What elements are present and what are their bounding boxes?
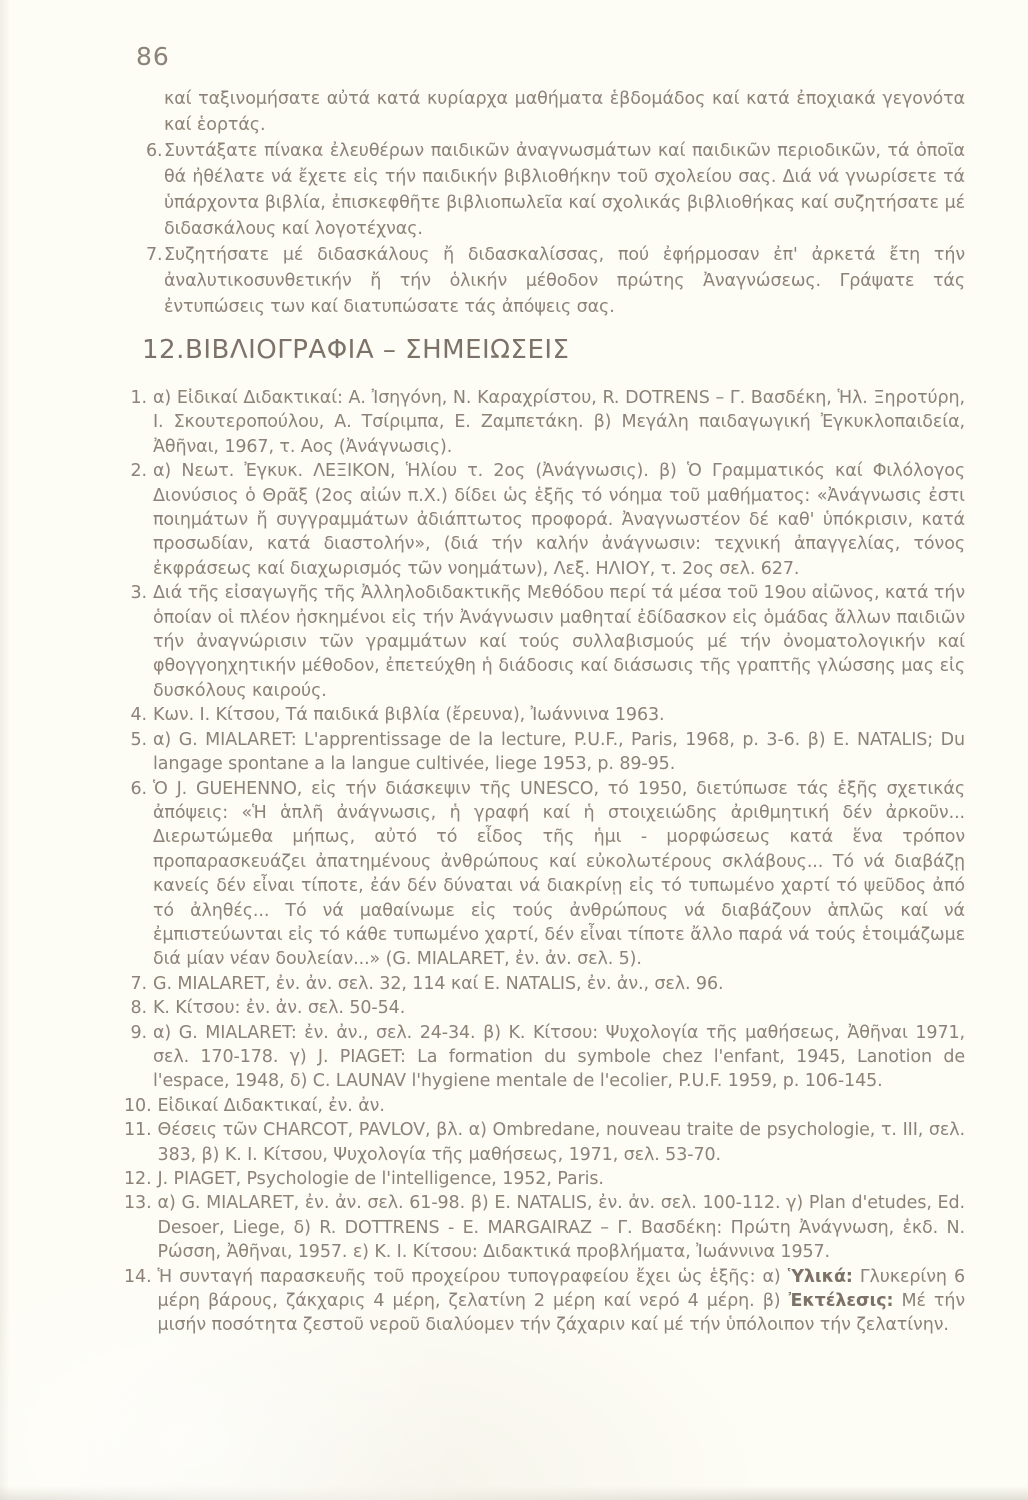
bold-term: Ὑλικά: xyxy=(788,1267,853,1287)
section-heading: 12. ΒΙΒΛΙΟΓΡΑΦΙΑ – ΣΗΜΕΙΩΣΕΙΣ xyxy=(142,335,965,365)
list-item-text: G. MIALARET, ἐν. ἀν. σελ. 32, 114 καί E.… xyxy=(153,972,965,996)
list-item-text: Εἰδικαί Διδακτικαί, ἐν. ἀν. xyxy=(158,1094,965,1118)
bibliography-item: 13.α) G. MIALARET, ἐν. ἀν. σελ. 61-98. β… xyxy=(124,1191,965,1264)
bibliography-item: 3.Διά τῆς εἰσαγωγῆς τῆς Ἀλληλοδιδακτικῆς… xyxy=(124,581,965,703)
list-item-number: 7. xyxy=(124,972,147,996)
list-item-number: 10. xyxy=(124,1094,152,1118)
list-item-number: 1. xyxy=(124,386,147,459)
intro-paragraph: καί ταξινομήσατε αὐτά κατά κυρίαρχα μαθή… xyxy=(164,86,965,138)
list-item-text: Συζητήσατε μέ διδασκάλους ἤ διδασκαλίσσα… xyxy=(164,242,965,320)
exercise-item: 7.Συζητήσατε μέ διδασκάλους ἤ διδασκαλίσ… xyxy=(146,242,965,320)
text-segment: Ἡ συνταγή παρασκευῆς τοῦ προχείρου τυπογ… xyxy=(158,1267,788,1287)
list-item-text: Διά τῆς εἰσαγωγῆς τῆς Ἀλληλοδιδακτικῆς Μ… xyxy=(153,581,965,703)
bibliography-item: 5.α) G. MIALARET: L'apprentissage de la … xyxy=(124,728,965,777)
list-item-number: 11. xyxy=(124,1118,152,1167)
list-item-text: J. PIAGET, Psychologie de l'intelligence… xyxy=(158,1167,965,1191)
list-item-text: Κων. Ι. Κίτσου, Τά παιδικά βιβλία (ἔρευν… xyxy=(153,703,965,727)
list-item-text: Ἡ συνταγή παρασκευῆς τοῦ προχείρου τυπογ… xyxy=(158,1265,965,1338)
bibliography-item: 12.J. PIAGET, Psychologie de l'intellige… xyxy=(124,1167,965,1191)
bibliography-item: 7.G. MIALARET, ἐν. ἀν. σελ. 32, 114 καί … xyxy=(124,972,965,996)
bibliography-item: 6.Ὁ J. GUEHENNO, εἰς τήν διάσκεψιν τῆς U… xyxy=(124,777,965,972)
bibliography-item: 10.Εἰδικαί Διδακτικαί, ἐν. ἀν. xyxy=(124,1094,965,1118)
bibliography-item: 4.Κων. Ι. Κίτσου, Τά παιδικά βιβλία (ἔρε… xyxy=(124,703,965,727)
list-item-text: α) G. MIALARET: ἐν. ἀν., σελ. 24-34. β) … xyxy=(153,1021,965,1094)
list-item-number: 12. xyxy=(124,1167,152,1191)
bibliography-list: 1.α) Εἰδικαί Διδακτικαί: Α. Ἰσηγόνη, Ν. … xyxy=(124,386,965,1338)
exercise-list: 6.Συντάξατε πίνακα ἐλευθέρων παιδικῶν ἀν… xyxy=(146,138,965,320)
list-item-number: 13. xyxy=(124,1191,152,1264)
bold-term: Ἐκτέλεσις: xyxy=(789,1291,894,1311)
list-item-number: 6. xyxy=(124,777,147,972)
list-item-number: 14. xyxy=(124,1265,152,1338)
page-number: 86 xyxy=(136,42,170,71)
list-item-text: α) Εἰδικαί Διδακτικαί: Α. Ἰσηγόνη, Ν. Κα… xyxy=(153,386,965,459)
list-item-text: Θέσεις τῶν CHARCOT, PAVLOV, βλ. α) Ombre… xyxy=(158,1118,965,1167)
bibliography-item: 8.Κ. Κίτσου: ἐν. ἀν. σελ. 50-54. xyxy=(124,996,965,1020)
list-item-number: 8. xyxy=(124,996,147,1020)
scanned-book-page: 86 καί ταξινομήσατε αὐτά κατά κυρίαρχα μ… xyxy=(0,0,1028,1500)
page-content: καί ταξινομήσατε αὐτά κατά κυρίαρχα μαθή… xyxy=(146,86,965,1338)
list-item-number: 7. xyxy=(146,242,164,320)
exercise-item: 6.Συντάξατε πίνακα ἐλευθέρων παιδικῶν ἀν… xyxy=(146,138,965,242)
bibliography-item: 9.α) G. MIALARET: ἐν. ἀν., σελ. 24-34. β… xyxy=(124,1021,965,1094)
bibliography-item: 11.Θέσεις τῶν CHARCOT, PAVLOV, βλ. α) Om… xyxy=(124,1118,965,1167)
list-item-text: Ὁ J. GUEHENNO, εἰς τήν διάσκεψιν τῆς UNE… xyxy=(153,777,965,972)
list-item-text: α) Νεωτ. Ἐγκυκ. ΛΕΞΙΚΟΝ, Ἡλίου τ. 2ος (Ἀ… xyxy=(153,459,965,581)
section-title: ΒΙΒΛΙΟΓΡΑΦΙΑ – ΣΗΜΕΙΩΣΕΙΣ xyxy=(185,335,570,365)
list-item-text: Συντάξατε πίνακα ἐλευθέρων παιδικῶν ἀναγ… xyxy=(164,138,965,242)
list-item-number: 2. xyxy=(124,459,147,581)
bibliography-item: 2.α) Νεωτ. Ἐγκυκ. ΛΕΞΙΚΟΝ, Ἡλίου τ. 2ος … xyxy=(124,459,965,581)
bibliography-item: 1.α) Εἰδικαί Διδακτικαί: Α. Ἰσηγόνη, Ν. … xyxy=(124,386,965,459)
list-item-number: 5. xyxy=(124,728,147,777)
section-number: 12. xyxy=(142,335,185,365)
list-item-text: α) G. MIALARET, ἐν. ἀν. σελ. 61-98. β) E… xyxy=(158,1191,965,1264)
bibliography-item: 14.Ἡ συνταγή παρασκευῆς τοῦ προχείρου τυ… xyxy=(124,1265,965,1338)
list-item-number: 4. xyxy=(124,703,147,727)
list-item-text: α) G. MIALARET: L'apprentissage de la le… xyxy=(153,728,965,777)
list-item-number: 9. xyxy=(124,1021,147,1094)
list-item-number: 3. xyxy=(124,581,147,703)
list-item-text: Κ. Κίτσου: ἐν. ἀν. σελ. 50-54. xyxy=(153,996,965,1020)
list-item-number: 6. xyxy=(146,138,164,242)
